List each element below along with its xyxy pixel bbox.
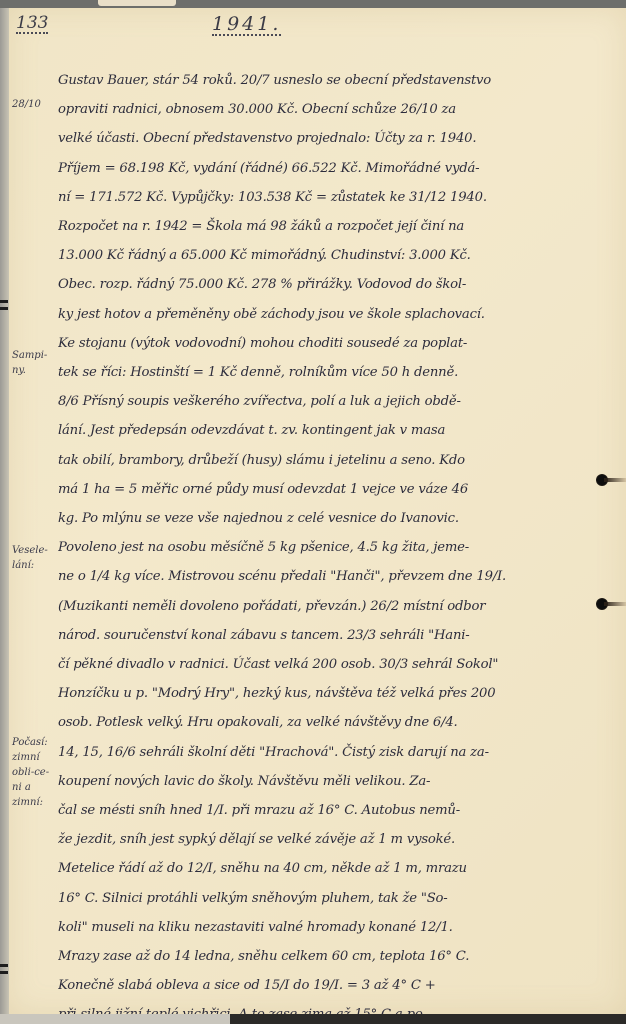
text-line: národ. souručenství konal zábavu s tance… [58,621,606,651]
text-line: Honzíčku u p. "Modrý Hry", hezký kus, ná… [58,679,606,709]
scanner-bottom-edge [0,1014,626,1024]
text-line: že jezdit, sníh jest sypký dělají se vel… [58,825,606,855]
edge-mark [0,307,8,310]
text-line: Gustav Bauer, stár 54 roků. 20/7 usneslo… [58,66,606,96]
text-line: opraviti radnici, obnosem 30.000 Kč. Obe… [58,95,606,125]
edge-mark [0,971,8,974]
text-line: tak obilí, brambory, drůbeží (husy) slám… [58,446,606,476]
margin-note: 28/10 [12,97,52,112]
text-line: čí pěkné divadlo v radnici. Účast velká … [58,650,606,680]
scanner-top-edge [0,0,626,8]
margin-note: Počasí: zimní obli-ce-ni a zimní: [12,735,52,810]
binding-tab [98,0,176,6]
text-line: Ke stojanu (výtok vodovodní) mohou chodi… [58,329,606,359]
page-left-edge [0,8,9,1024]
margin-note: Vesele-lání: [12,543,52,573]
text-line: kg. Po mlýnu se veze vše najednou z celé… [58,504,606,534]
text-line: Metelice řádí až do 12/I, sněhu na 40 cm… [58,854,606,884]
text-line: Rozpočet na r. 1942 = Škola má 98 žáků a… [58,212,606,242]
text-line: má 1 ha = 5 měřic orné půdy musí odevzda… [58,475,606,505]
text-line: ne o 1/4 kg více. Mistrovou scénu předal… [58,562,606,592]
text-line: ní = 171.572 Kč. Vypůjčky: 103.538 Kč = … [58,183,606,213]
page-year-heading: 1941. [212,14,281,36]
text-line: Konečně slabá obleva a sice od 15/I do 1… [58,971,606,1001]
margin-note: Sampi-ny. [12,348,52,378]
text-line: (Muzikanti neměli dovoleno pořádati, pře… [58,592,606,622]
edge-mark [0,300,8,303]
text-line: tek se říci: Hostinští = 1 Kč denně, rol… [58,358,606,388]
punch-hole-tear [604,602,626,606]
text-line: Mrazy zase až do 14 ledna, sněhu celkem … [58,942,606,972]
text-line: lání. Jest předepsán odevzdávat t. zv. k… [58,416,606,446]
text-line: ky jest hotov a přeměněny obě záchody js… [58,300,606,330]
edge-mark [0,964,8,967]
text-line: velké účasti. Obecní představenstvo proj… [58,124,606,154]
text-line: čal se mésti sníh hned 1/I. při mrazu až… [58,796,606,826]
text-line: osob. Potlesk velký. Hru opakovali, za v… [58,708,606,738]
text-line: 13.000 Kč řádný a 65.000 Kč mimořádný. C… [58,241,606,271]
text-line: Obec. rozp. řádný 75.000 Kč. 278 % přirá… [58,270,606,300]
text-line: Příjem = 68.198 Kč, vydání (řádné) 66.52… [58,154,606,184]
text-line: 8/6 Přísný soupis veškerého zvířectva, p… [58,387,606,417]
text-line: 16° C. Silnici protáhli velkým sněhovým … [58,884,606,914]
text-line: koupení nových lavic do školy. Návštěvu … [58,767,606,797]
punch-hole-tear [604,478,626,482]
page-number: 133 [16,14,48,34]
text-line: 14, 15, 16/6 sehráli školní děti "Hracho… [58,738,606,768]
text-line: koli" museli na kliku nezastaviti valné … [58,913,606,943]
text-line: Povoleno jest na osobu měsíčně 5 kg pšen… [58,533,606,563]
